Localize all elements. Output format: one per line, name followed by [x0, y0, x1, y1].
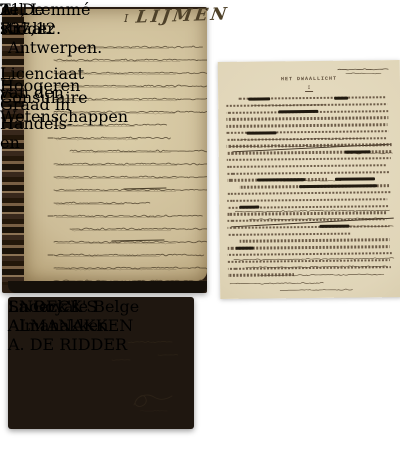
typed-line [228, 245, 390, 249]
typed-line [227, 211, 387, 215]
typed-line [227, 164, 387, 168]
struck-text [335, 177, 375, 180]
typed-line [228, 273, 294, 276]
right-page-title: La Royale Belge [8, 297, 139, 316]
typed-line [227, 178, 327, 181]
struck-text [319, 225, 349, 228]
typed-line [240, 239, 390, 243]
typed-line [227, 171, 390, 175]
card-city: Antwerpen. [8, 38, 102, 57]
typed-line [228, 266, 391, 270]
manuscript-chapter-numeral: I [124, 12, 128, 25]
struck-text [236, 246, 254, 249]
typed-line [227, 137, 387, 141]
notebook-bottom-edge [8, 281, 207, 293]
typed-line [227, 205, 388, 209]
typed-line [227, 150, 393, 154]
typed-line [228, 252, 392, 256]
typed-line [226, 103, 387, 107]
typed-line [227, 218, 386, 222]
manuscript-title: LIJMEN [135, 4, 231, 27]
typed-line [227, 225, 389, 229]
typed-line [226, 110, 388, 114]
typed-line [227, 144, 392, 148]
struck-text [299, 184, 377, 188]
struck-text [248, 97, 270, 100]
typescript-sheet: HET DWAALLICHT I [218, 60, 400, 299]
typescript-body [226, 96, 394, 281]
typed-line [239, 184, 389, 188]
card-phone: Tel. 737,12. [0, 0, 61, 38]
struck-text [345, 150, 371, 153]
typed-line [228, 232, 351, 236]
struck-text [334, 96, 348, 99]
typed-line [226, 117, 388, 121]
typed-line [228, 259, 390, 263]
typed-line [227, 198, 387, 202]
typed-line [238, 96, 386, 100]
typed-line [226, 123, 387, 127]
typed-line [226, 130, 388, 134]
struck-text [246, 131, 276, 134]
struck-text [239, 206, 259, 209]
open-book-photo: SNOECK'S ALMANAKKEN A. DE RIDDER Snoeck'… [8, 297, 194, 429]
card-degree-line3: Consulaire Wetenschappen [0, 88, 128, 126]
struck-text [278, 110, 318, 113]
typed-line [227, 157, 391, 161]
typed-line [227, 191, 391, 195]
letterhead-subname: A. DE RIDDER [8, 335, 127, 354]
struck-text [257, 178, 305, 182]
